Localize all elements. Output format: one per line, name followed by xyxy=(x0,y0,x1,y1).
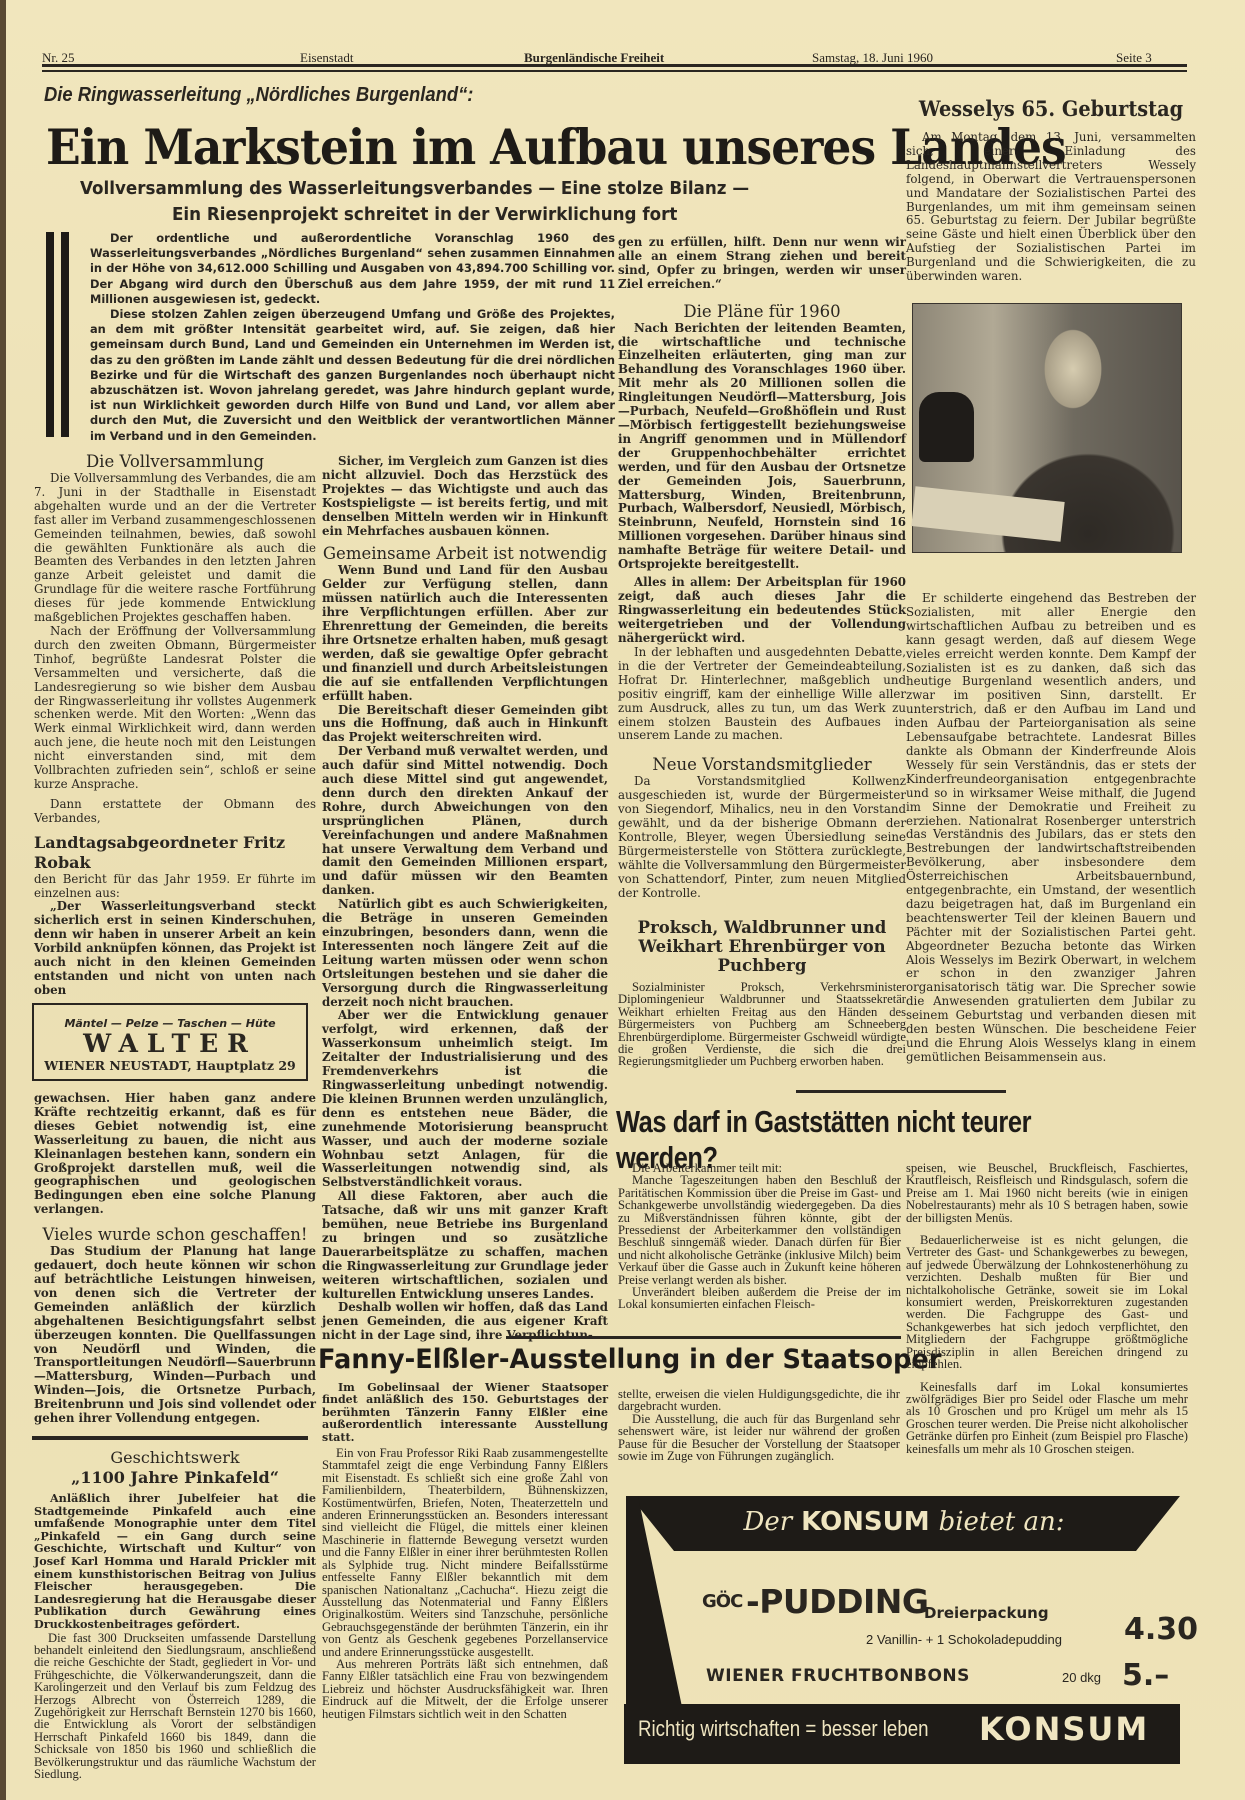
ad-slogan: Richtig wirtschaften = besser leben xyxy=(638,1716,929,1742)
section-divider xyxy=(796,1090,906,1093)
section-title: Vieles wurde schon geschaffen! xyxy=(34,1225,316,1245)
quote-paragraph: „Der Wasserleitungsverband steckt sicher… xyxy=(34,900,316,997)
paragraph: Nach der Eröffnung der Vollversammlung d… xyxy=(34,625,316,792)
article-subhead-1: Vollversammlung des Wasserleitungsverban… xyxy=(80,178,749,199)
paragraph: Sozialminister Proksch, Verkehrsminister… xyxy=(618,981,906,1068)
paragraph: Er schilderte eingehend das Bestreben de… xyxy=(906,592,1196,1065)
gaststaetten-col-2: speisen, wie Beuschel, Bruckfleisch, Fas… xyxy=(906,1162,1188,1455)
section-title: Die Vollversammlung xyxy=(34,452,316,472)
section-debatte: In der lebhaften und ausgedehnten Debatt… xyxy=(618,646,906,901)
paragraph: Bedauerlicherweise ist es nicht gelungen… xyxy=(906,1234,1188,1370)
puchberg-title: Proksch, Waldbrunner und Weikhart Ehrenb… xyxy=(618,918,906,975)
product-pudding-pack: Dreierpackung xyxy=(924,1604,1049,1622)
paragraph: Da Vorstandsmitglied Kollwenz ausgeschie… xyxy=(618,775,906,900)
walter-brand: WALTER xyxy=(34,1030,306,1058)
paragraph: Nach Berichten der leitenden Beamten, di… xyxy=(618,322,906,572)
ad-heading-der: Der xyxy=(744,1507,793,1537)
paragraph: Aber wer die Entwicklung genauer verfolg… xyxy=(322,1009,608,1190)
section-fanny: Im Gobelinsaal der Wiener Staatsoper fin… xyxy=(322,1382,608,1720)
section-divider xyxy=(906,1090,1006,1093)
section-title: Neue Vorstandsmitglieder xyxy=(618,755,906,775)
pinkafeld-title-2: „1100 Jahre Pinkafeld“ xyxy=(34,1468,316,1488)
paragraph: Die fast 300 Druckseiten umfassende Dars… xyxy=(34,1632,316,1781)
pinkafeld-title-1: Geschichtswerk xyxy=(34,1448,316,1468)
paragraph: Sicher, im Vergleich zum Ganzen ist dies… xyxy=(322,455,608,538)
fanny-continued: stellte, erweisen die vielen Huldigungsg… xyxy=(618,1388,900,1462)
paragraph: Unverändert bleiben außerdem die Preise … xyxy=(618,1286,901,1311)
product-fruchtbonbons: WIENER FRUCHTBONBONS xyxy=(706,1666,970,1686)
konsum-advertisement: Der KONSUM bietet an: GÖC -PUDDING Dreie… xyxy=(624,1496,1184,1774)
telephone-in-photo xyxy=(919,392,974,462)
paragraph: Die Bereitschaft dieser Gemeinden gibt u… xyxy=(322,704,608,746)
paragraph: gewachsen. Hier haben ganz andere Kräfte… xyxy=(34,1092,316,1217)
walter-address: WIENER NEUSTADT, Hauptplatz 29 xyxy=(34,1058,306,1073)
ad-heading-brand: KONSUM xyxy=(801,1507,930,1537)
paragraph: Anläßlich ihrer Jubelfeier hat die Stadt… xyxy=(34,1492,316,1631)
paragraph: Dann erstattete der Obmann des Verbandes… xyxy=(34,798,316,826)
robak-continued: gewachsen. Hier haben ganz andere Kräfte… xyxy=(34,1092,316,1426)
paragraph: speisen, wie Beuschel, Bruckfleisch, Fas… xyxy=(906,1162,1188,1224)
section-pinkafeld: Geschichtswerk „1100 Jahre Pinkafeld“ An… xyxy=(34,1448,316,1780)
article-subhead-2: Ein Riesenprojekt schreitet in der Verwi… xyxy=(172,204,677,225)
paragraph: Alles in allem: Der Arbeitsplan für 1960… xyxy=(618,576,906,646)
paragraph: gen zu erfüllen, hilft. Denn nur wenn wi… xyxy=(618,236,906,292)
column-divider xyxy=(32,1436,308,1440)
paragraph: Manche Tageszeitungen haben den Beschluß… xyxy=(618,1174,901,1286)
ad-heading: Der KONSUM bietet an: xyxy=(684,1504,1124,1537)
paragraph: Wenn Bund und Land für den Ausbau Gelder… xyxy=(322,564,608,703)
paragraph: stellte, erweisen die vielen Huldigungsg… xyxy=(618,1388,900,1413)
section-title: Landtagsabgeordneter Fritz Robak xyxy=(34,833,316,873)
article-lead: Der ordentliche und außerordentliche Vor… xyxy=(90,231,615,444)
paragraph: Die Vollversammlung des Verbandes, die a… xyxy=(34,472,316,625)
paragraph: Natürlich gibt es auch Schwierigkeiten, … xyxy=(322,898,608,1009)
lead-marker-bars xyxy=(46,232,74,437)
article-kicker: Die Ringwasserleitung „Nördliches Burgen… xyxy=(44,84,473,107)
product-pudding: -PUDDING xyxy=(746,1582,928,1621)
ad-slogan-brand: KONSUM xyxy=(979,1710,1149,1748)
paragraph: den Bericht für das Jahr 1959. Er führte… xyxy=(34,873,316,901)
paragraph: Die Ausstellung, die auch für das Burgen… xyxy=(618,1413,900,1463)
section-plaene: gen zu erfüllen, hilft. Denn nur wenn wi… xyxy=(618,236,906,645)
paragraph: In der lebhaften und ausgedehnten Debatt… xyxy=(618,646,906,743)
section-title: Die Pläne für 1960 xyxy=(618,302,906,322)
wessely-title: Wesselys 65. Geburtstag xyxy=(918,96,1185,121)
section-gemeinsame-arbeit: Sicher, im Vergleich zum Ganzen ist dies… xyxy=(322,455,608,1343)
gaststaetten-col-1: Die Arbeiterkammer teilt mit: Manche Tag… xyxy=(618,1162,901,1311)
ad-heading-bietet: bietet an: xyxy=(939,1507,1065,1537)
paragraph: Aus mehreren Porträts läßt sich entnehme… xyxy=(322,1658,608,1720)
goc-logo: GÖC xyxy=(702,1591,742,1612)
paragraph: Ein von Frau Professor Riki Raab zusamme… xyxy=(322,1447,608,1658)
masthead-rule xyxy=(42,64,1187,72)
lead-paragraph: Diese stolzen Zahlen zeigen überzeugend … xyxy=(90,307,615,444)
paragraph: Im Gobelinsaal der Wiener Staatsoper fin… xyxy=(322,1382,608,1444)
product-fruchtbonbons-price: 5.– xyxy=(1122,1658,1169,1693)
paragraph: All diese Faktoren, aber auch die Tatsac… xyxy=(322,1190,608,1301)
paragraph: Keinesfalls darf im Lokal konsumiertes z… xyxy=(906,1381,1188,1455)
papers-in-photo xyxy=(911,486,1064,541)
fanny-headline: Fanny-Elßler-Ausstellung in der Staatsop… xyxy=(318,1344,941,1375)
paragraph: Am Montag, dem 13. Juni, versammelten si… xyxy=(906,131,1196,284)
section-vollversammlung: Die Vollversammlung Die Vollversammlung … xyxy=(34,452,316,998)
section-wessely: Wesselys 65. Geburtstag Am Montag, dem 1… xyxy=(906,96,1196,284)
lead-paragraph: Der ordentliche und außerordentliche Vor… xyxy=(90,231,615,307)
wessely-portrait-photo xyxy=(912,303,1182,553)
wessely-continued: Er schilderte eingehend das Bestreben de… xyxy=(906,592,1196,1065)
section-divider xyxy=(506,1336,901,1339)
section-title: Gemeinsame Arbeit ist notwendig xyxy=(322,544,608,564)
walter-advertisement: Mäntel — Pelze — Taschen — Hüte WALTER W… xyxy=(32,1003,308,1081)
section-puchberg: Proksch, Waldbrunner und Weikhart Ehrenb… xyxy=(618,918,906,1068)
paragraph: Das Studium der Planung hat lange gedaue… xyxy=(34,1245,316,1426)
paragraph: Der Verband muß verwaltet werden, und au… xyxy=(322,745,608,898)
product-fruchtbonbons-qty: 20 dkg xyxy=(1062,1670,1101,1685)
product-pudding-price: 4.30 xyxy=(1124,1612,1198,1647)
product-pudding-detail: 2 Vanillin- + 1 Schokoladepudding xyxy=(866,1632,1062,1647)
newspaper-page: Nr. 25 Eisenstadt Burgenländische Freihe… xyxy=(0,0,1245,1800)
